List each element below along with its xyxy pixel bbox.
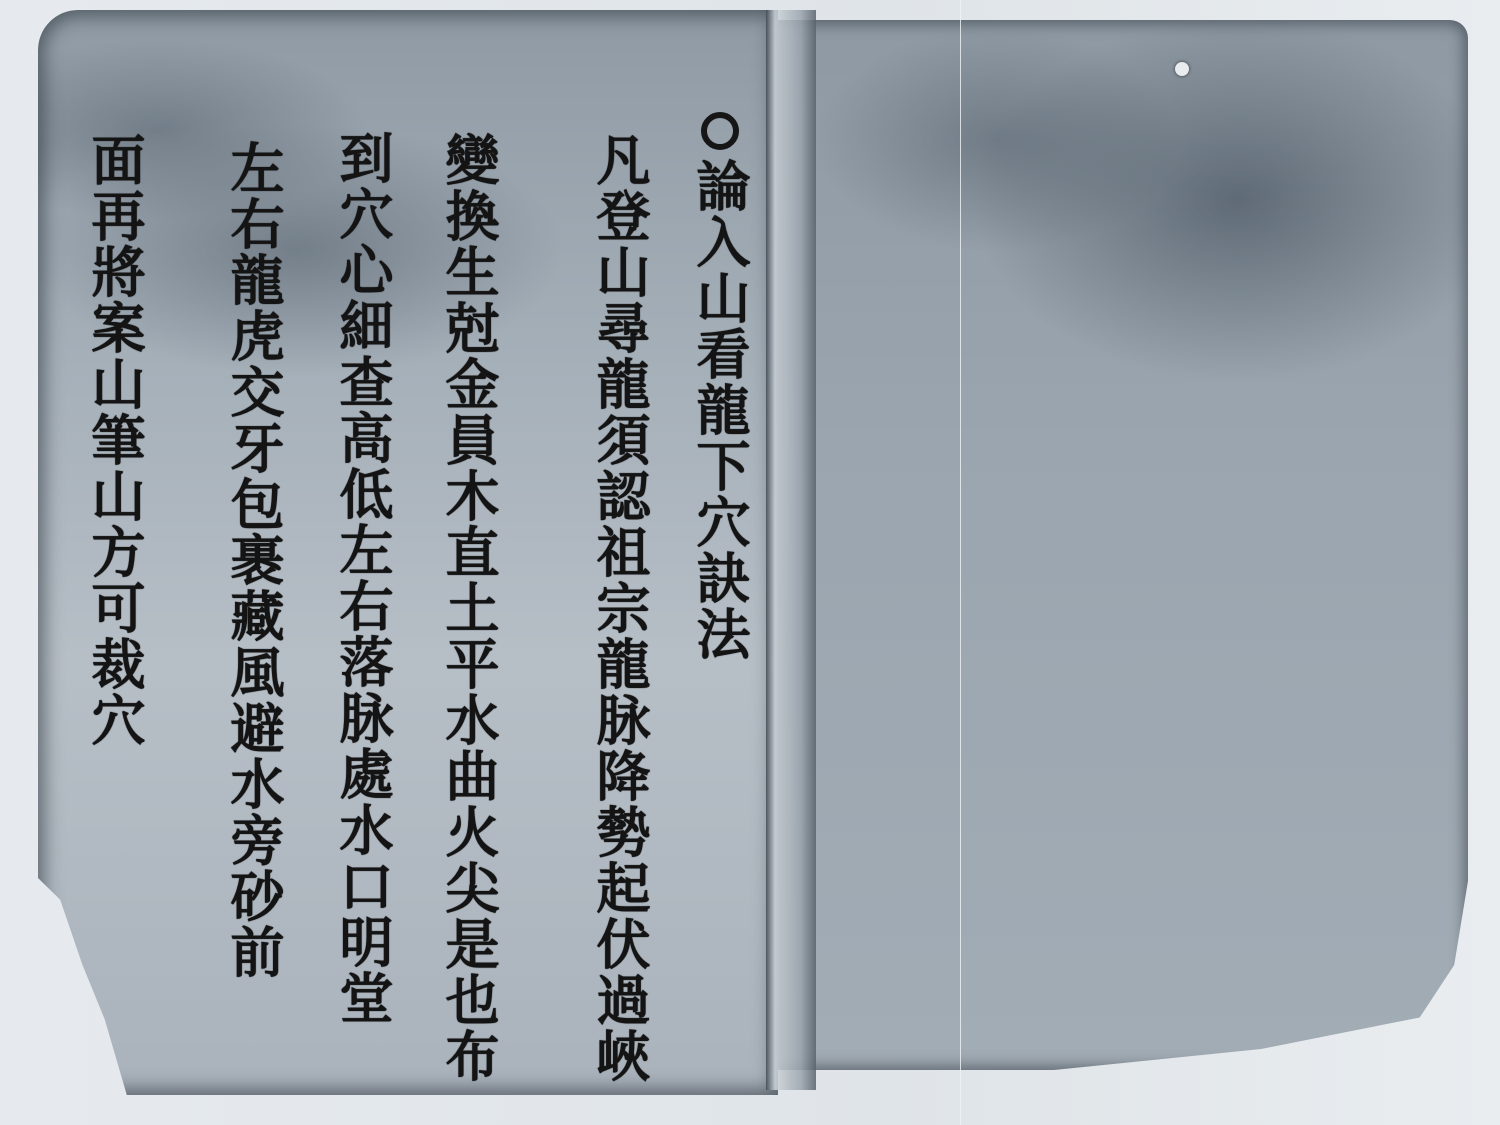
text-column-6: 面再將案山筆山方可裁穴 — [88, 132, 142, 748]
circle-mark-icon — [701, 112, 739, 150]
text-column-2: 凡登山尋龍須認祖宗龍脉降勢起伏過峽 — [593, 132, 647, 1084]
title-text: 論入山看龍下穴訣法 — [688, 158, 752, 662]
text-column-4: 到穴心細查高低左右落脉處水口明堂 — [336, 130, 390, 1026]
manuscript-text: 論入山看龍下穴訣法 凡登山尋龍須認祖宗龍脉降勢起伏過峽 變換生尅金員木直土平水曲… — [0, 0, 780, 1125]
scan-artifact-line — [960, 0, 961, 1125]
binding-hole — [1175, 62, 1189, 76]
text-column-5: 左右龍虎交牙包裹藏風避水旁砂前 — [227, 140, 281, 980]
column-title: 論入山看龍下穴訣法 — [693, 112, 747, 662]
text-column-3: 變換生尅金員木直土平水曲火尖是也布 — [442, 132, 496, 1084]
right-page-blank — [778, 20, 1468, 1070]
